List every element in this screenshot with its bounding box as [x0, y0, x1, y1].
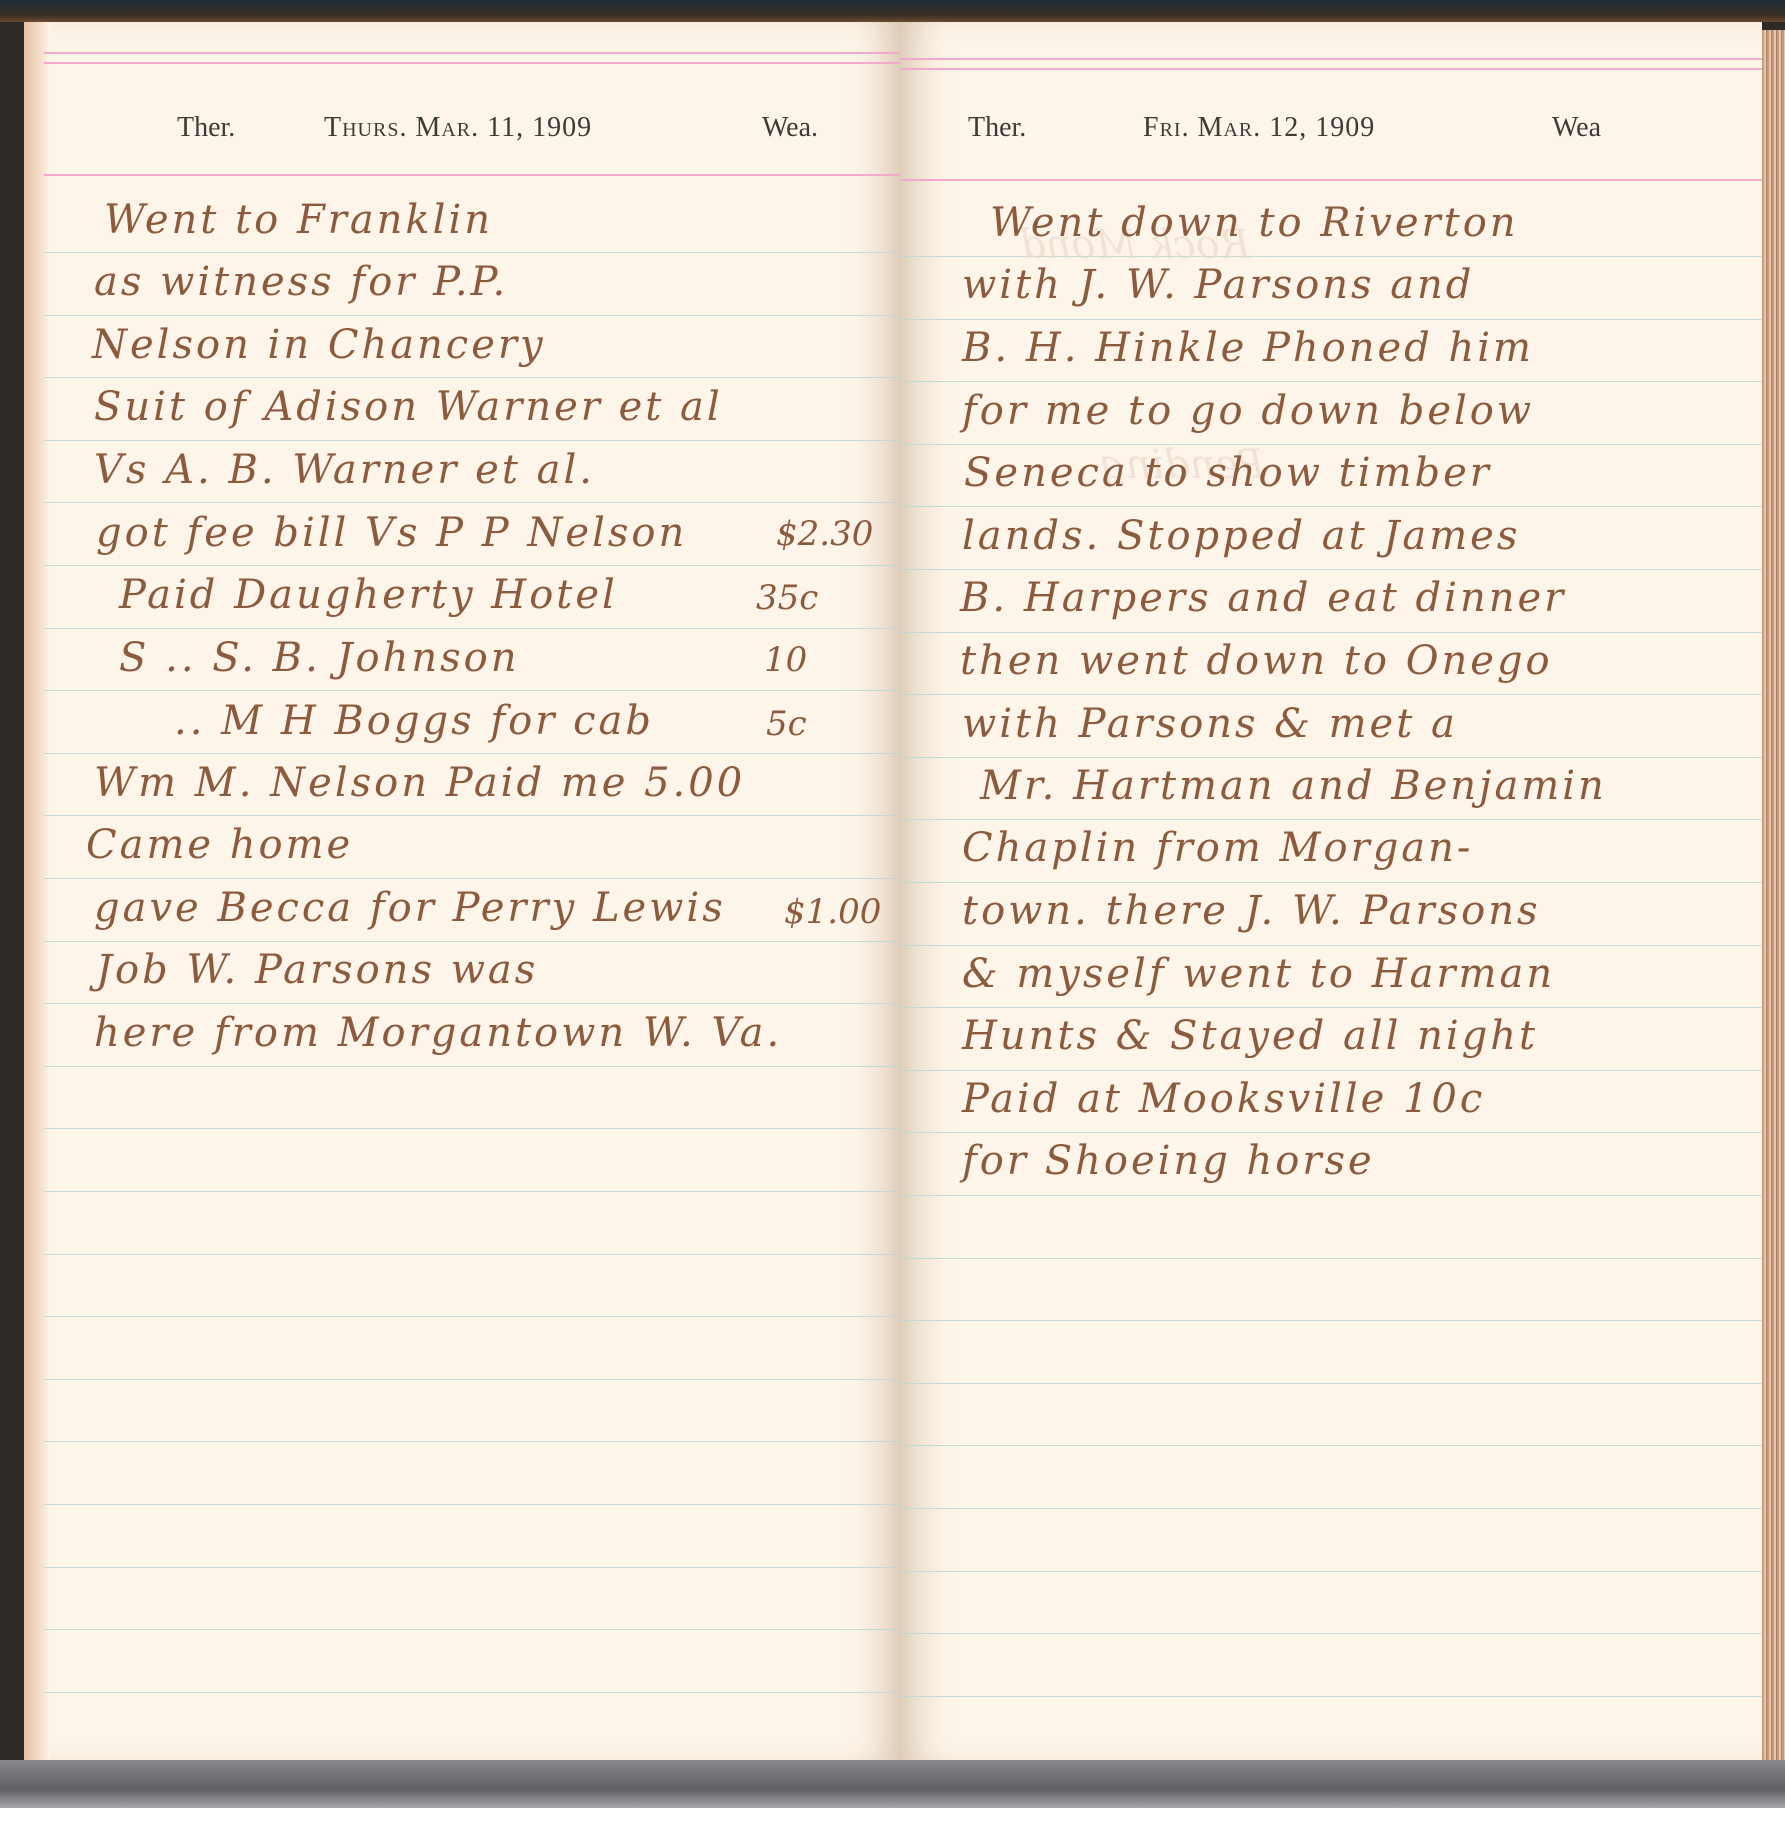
entry-line: B. H. Hinkle Phoned him [962, 325, 1534, 371]
entry-line: B. Harpers and eat dinner [960, 575, 1566, 621]
ruled-line [44, 440, 900, 441]
ruled-line [900, 1195, 1762, 1196]
ruled-line [900, 1508, 1762, 1509]
entry-line: Mr. Hartman and Benjamin [980, 763, 1607, 809]
entry-line: here from Morgantown W. Va. [94, 1010, 782, 1056]
ruled-line [44, 1379, 900, 1380]
ruled-line [900, 1696, 1762, 1697]
ruled-line [44, 315, 900, 316]
ruled-line [900, 506, 1762, 507]
left-page: Ther. Thurs. Mar. 11, 1909 Wea. Went to … [24, 22, 900, 1760]
ruled-line [900, 1633, 1762, 1634]
ruled-line [44, 1191, 900, 1192]
weather-label: Wea [1552, 112, 1601, 144]
entry-line: Job W. Parsons was [96, 947, 538, 993]
entry-line: got fee bill Vs P P Nelson [96, 510, 687, 556]
entry-line: as witness for P.P. [94, 259, 508, 305]
ruled-line [44, 1003, 900, 1004]
ruled-line [44, 690, 900, 691]
book-cover-bottom [0, 1760, 1785, 1808]
ruled-line [900, 381, 1762, 382]
ruled-line [44, 377, 900, 378]
entry-line: Went to Franklin [104, 197, 493, 243]
ruled-line [900, 1007, 1762, 1008]
pink-rule-header-bottom [900, 179, 1762, 181]
entry-line: gave Becca for Perry Lewis [94, 885, 726, 931]
ruled-line [44, 1066, 900, 1067]
entry-line: Wm M. Nelson Paid me 5.00 [94, 760, 745, 806]
ruled-line [900, 319, 1762, 320]
ruled-line [44, 565, 900, 566]
entry-line: Nelson in Chancery [92, 322, 546, 368]
ruled-line [900, 1258, 1762, 1259]
ruled-line [900, 632, 1762, 633]
amount: 10 [764, 640, 807, 680]
ruled-line [44, 1441, 900, 1442]
entry-line: Came home [86, 822, 353, 868]
entry-line: Hunts & Stayed all night [962, 1013, 1538, 1059]
entry-line: Went down to Riverton [990, 200, 1519, 246]
entry-line: Chaplin from Morgan- [962, 825, 1473, 871]
amount: $2.30 [776, 514, 873, 554]
ruled-line [900, 757, 1762, 758]
ruled-line [44, 1629, 900, 1630]
page-date: Fri. Mar. 12, 1909 [1143, 112, 1375, 144]
amount: 35c [756, 578, 818, 618]
ruled-line [900, 1445, 1762, 1446]
page-header-left: Ther. Thurs. Mar. 11, 1909 Wea. [24, 112, 900, 152]
ruled-line [900, 945, 1762, 946]
page-header-right: Ther. Fri. Mar. 12, 1909 Wea [900, 112, 1762, 152]
ruled-line [900, 1070, 1762, 1071]
ruled-line [900, 1132, 1762, 1133]
pink-rule [44, 62, 900, 64]
thermometer-label: Ther. [968, 112, 1026, 144]
ruled-line [900, 1571, 1762, 1572]
entry-line: lands. Stopped at James [962, 513, 1520, 559]
amount: $1.00 [784, 892, 881, 932]
entry-line: town. there J. W. Parsons [962, 888, 1541, 934]
page-date: Thurs. Mar. 11, 1909 [324, 112, 592, 144]
ruled-line [44, 628, 900, 629]
ruled-line [900, 569, 1762, 570]
weather-label: Wea. [762, 112, 818, 144]
pink-rule [900, 68, 1762, 70]
book-cover-top [0, 0, 1785, 22]
ruled-line [44, 753, 900, 754]
entry-line: .. M H Boggs for cab [174, 698, 654, 744]
ruled-line [44, 1567, 900, 1568]
page-edges [1762, 30, 1785, 1760]
pink-rule [44, 52, 900, 54]
entry-line: for Shoeing horse [962, 1138, 1375, 1184]
thermometer-label: Ther. [177, 112, 235, 144]
entry-line: S .. S. B. Johnson [119, 635, 520, 681]
ruled-line [44, 502, 900, 503]
entry-line: with J. W. Parsons and [962, 262, 1474, 308]
diary-book: Ther. Thurs. Mar. 11, 1909 Wea. Went to … [0, 0, 1785, 1808]
pink-rule [900, 58, 1762, 60]
entry-line: Paid Daugherty Hotel [119, 572, 618, 618]
ruled-line [900, 1383, 1762, 1384]
right-page: Ther. Fri. Mar. 12, 1909 Wea Rock Mond P… [900, 22, 1762, 1760]
entry-line: Seneca to show timber [964, 450, 1492, 496]
ruled-line [44, 252, 900, 253]
ruled-line [44, 941, 900, 942]
ruled-line [900, 1320, 1762, 1321]
entry-line: Paid at Mooksville 10c [962, 1076, 1485, 1122]
entry-line: with Parsons & met a [962, 701, 1458, 747]
amount: 5c [766, 704, 807, 744]
ruled-line [44, 1254, 900, 1255]
ruled-line [44, 815, 900, 816]
entry-line: then went down to Onego [960, 638, 1553, 684]
ruled-line [44, 1128, 900, 1129]
entry-line: for me to go down below [962, 388, 1534, 434]
entry-line: & myself went to Harman [962, 951, 1555, 997]
ruled-line [900, 694, 1762, 695]
ruled-line [44, 1692, 900, 1693]
ruled-line [44, 1316, 900, 1317]
ruled-line [900, 444, 1762, 445]
pink-rule-header-bottom [44, 174, 900, 176]
entry-line: Vs A. B. Warner et al. [94, 447, 595, 493]
ruled-line [44, 878, 900, 879]
ruled-line [900, 819, 1762, 820]
ruled-line [900, 882, 1762, 883]
entry-line: Suit of Adison Warner et al [94, 384, 723, 430]
ruled-line [44, 1504, 900, 1505]
